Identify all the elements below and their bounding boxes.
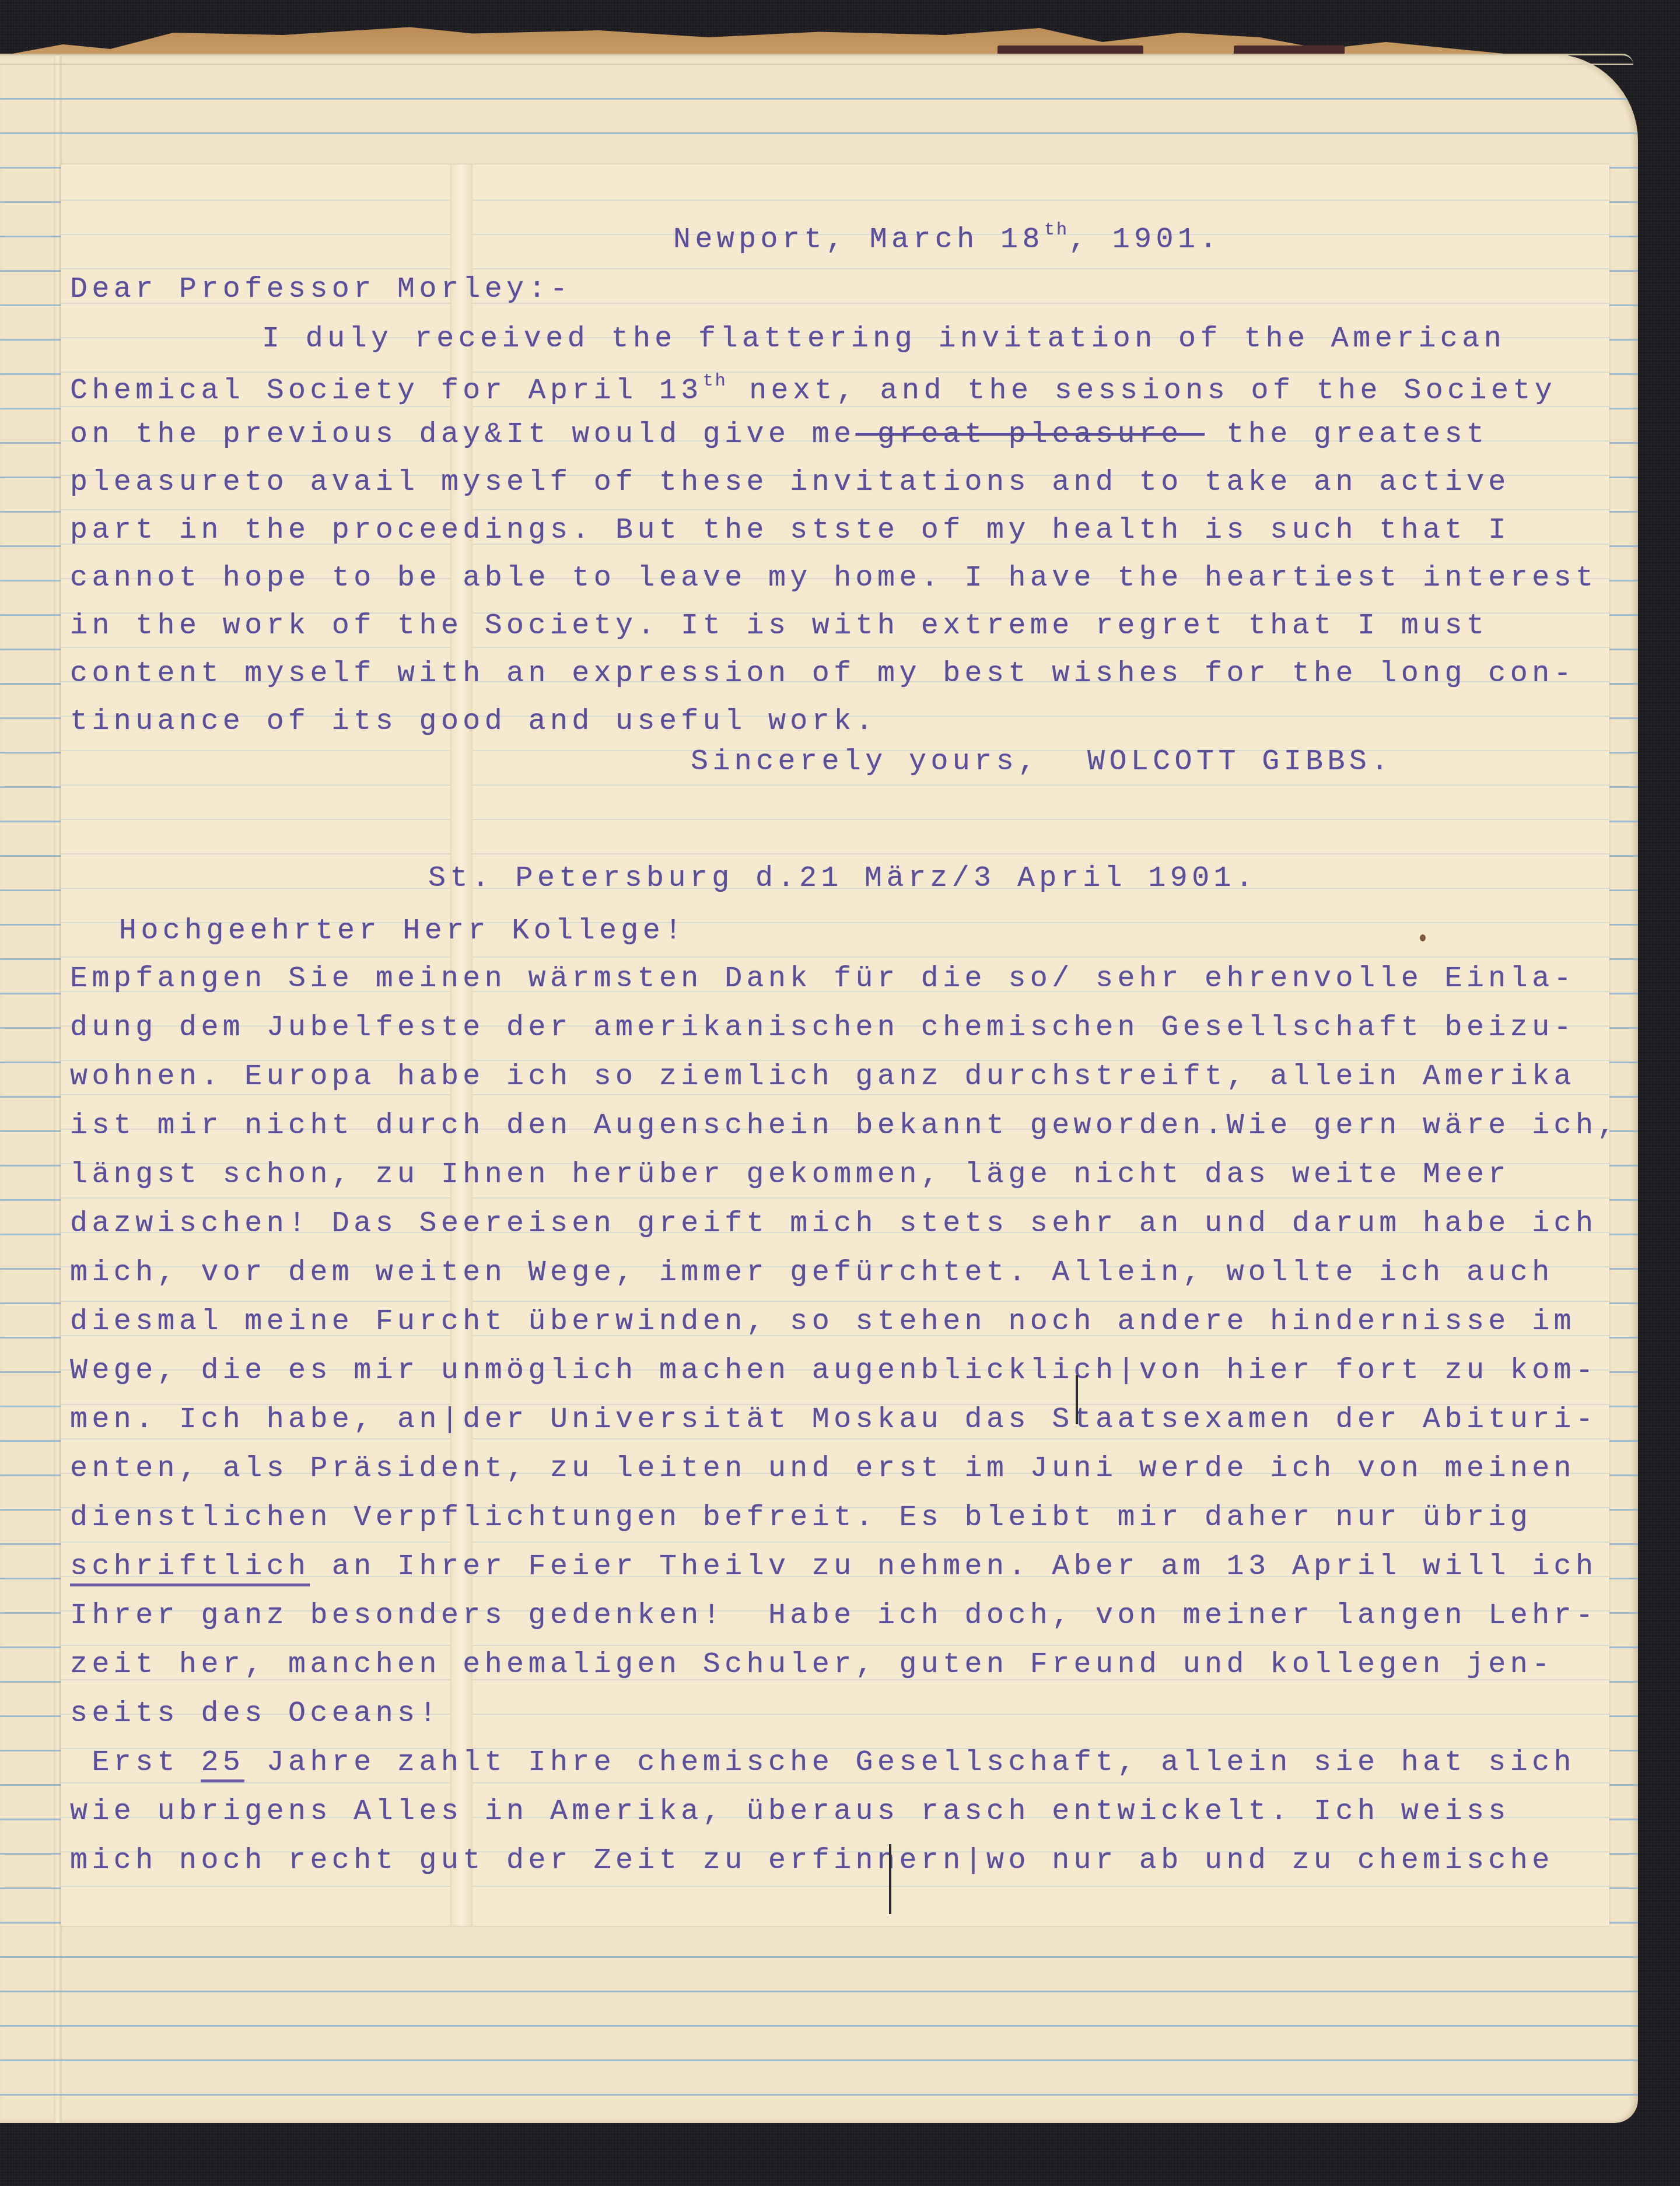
faint-ruled-line: [61, 199, 1609, 201]
text-segment: th: [703, 372, 727, 391]
text-segment: dazwischen! Das Seereisen greift mich st…: [70, 1207, 1597, 1241]
ruled-line: [0, 1991, 1638, 1992]
text-segment: dienstlichen Verpflichtungen befreit. Es…: [70, 1501, 1532, 1535]
text-segment: zeit her, manchen ehemaligen Schuler, gu…: [70, 1648, 1554, 1681]
ruled-line: [0, 98, 1638, 100]
text-segment: diesmal meine Furcht überwinden, so steh…: [70, 1305, 1576, 1339]
faint-ruled-line: [61, 1197, 1609, 1199]
ruled-line: [0, 2059, 1638, 2061]
text-line: Ihrer ganz besonders gedenken! Habe ich …: [70, 1602, 1597, 1631]
faint-ruled-line: [61, 1886, 1609, 1887]
text-segment: cannot hope to be able to leave my home.…: [70, 562, 1597, 595]
text-line: schriftlich an Ihrer Feier Theilv zu neh…: [70, 1553, 1597, 1582]
text-segment: I duly received the flattering invitatio…: [262, 323, 1506, 356]
text-segment: men. Ich habe, an|der Universität Moskau…: [70, 1403, 1597, 1437]
text-line: wie ubrigens Alles in Amerika, überaus r…: [70, 1798, 1510, 1827]
text-segment: an Ihrer Feier Theilv zu nehmen. Aber am…: [310, 1550, 1597, 1584]
text-segment: Empfangen Sie meinen wärmsten Dank für d…: [70, 962, 1576, 996]
text-segment: pleasureto avail myself of these invitat…: [70, 466, 1510, 499]
letter1-closing: Sincerely yours,: [691, 748, 1039, 777]
text-segment: seits des Oceans!: [70, 1697, 441, 1730]
text-segment: Chemical Society for April 13: [70, 374, 703, 408]
text-segment: in the work of the Society. It is with e…: [70, 609, 1488, 643]
letter1-dateline: Newport, March 18th, 1901.: [673, 222, 1221, 255]
text-line: I duly received the flattering invitatio…: [262, 325, 1506, 354]
page-stack-edges: [0, 54, 1633, 65]
ruled-line: [0, 2025, 1638, 2027]
text-line: zeit her, manchen ehemaligen Schuler, gu…: [70, 1651, 1554, 1680]
text-line: content myself with an expression of my …: [70, 660, 1576, 689]
text-line: enten, als Präsident, zu leiten und erst…: [70, 1455, 1576, 1484]
faint-ruled-line: [61, 1301, 1609, 1302]
ruled-line: [0, 1956, 1638, 1958]
ruled-line: [0, 132, 1638, 134]
text-segment: tinuance of its good and useful work.: [70, 705, 877, 738]
text-segment: enten, als Präsident, zu leiten und erst…: [70, 1452, 1576, 1486]
text-line: Chemical Society for April 13th next, an…: [70, 373, 1556, 406]
faint-ruled-line: [61, 784, 1609, 786]
text-line: on the previous day&It would give me-gre…: [70, 421, 1488, 450]
text-line: längst schon, zu Ihnen herüber gekommen,…: [70, 1161, 1510, 1190]
faint-ruled-line: [61, 268, 1609, 269]
ruled-line: [0, 2094, 1638, 2096]
text-line: cannot hope to be able to leave my home.…: [70, 564, 1597, 593]
text-line: tinuance of its good and useful work.: [70, 707, 877, 737]
text-line: dazwischen! Das Seereisen greift mich st…: [70, 1210, 1597, 1239]
text-line: seits des Oceans!: [70, 1700, 441, 1729]
text-line: diesmal meine Furcht überwinden, so steh…: [70, 1308, 1576, 1337]
text-line: part in the proceedings. But the stste o…: [70, 516, 1510, 545]
text-segment: längst schon, zu Ihnen herüber gekommen,…: [70, 1158, 1510, 1192]
text-segment: wohnen. Europa habe ich so ziemlich ganz…: [70, 1060, 1576, 1094]
text-line: mich, vor dem weiten Wege, immer gefürch…: [70, 1259, 1554, 1288]
text-segment: wie ubrigens Alles in Amerika, überaus r…: [70, 1795, 1510, 1828]
pasted-letter-sheet: Newport, March 18th, 1901. Dear Professo…: [61, 164, 1609, 1926]
faint-ruled-line: [61, 1542, 1609, 1543]
text-line: mich noch recht gut der Zeit zu erfinner…: [70, 1847, 1554, 1876]
ink-speck: [1420, 934, 1426, 941]
text-segment: part in the proceedings. But the stste o…: [70, 514, 1510, 547]
faint-ruled-line: [61, 1438, 1609, 1439]
text-segment: mich noch recht gut der Zeit zu erfinner…: [70, 1844, 1554, 1877]
faint-ruled-line: [61, 853, 1609, 854]
text-line: Empfangen Sie meinen wärmsten Dank für d…: [70, 965, 1576, 994]
faint-ruled-line: [61, 1094, 1609, 1095]
text-line: in the work of the Society. It is with e…: [70, 612, 1488, 641]
text-segment: ist mir nicht durch den Augenschein beka…: [70, 1109, 1619, 1143]
text-segment: 25: [201, 1746, 244, 1782]
text-segment: the greatest: [1205, 418, 1488, 451]
text-segment: Ihrer ganz besonders gedenken! Habe ich …: [70, 1599, 1597, 1633]
text-segment: schriftlich: [70, 1550, 310, 1586]
text-line: Wege, die es mir unmöglich machen augenb…: [70, 1357, 1597, 1386]
text-line: men. Ich habe, an|der Universität Moskau…: [70, 1406, 1597, 1435]
text-segment: mich, vor dem weiten Wege, immer gefürch…: [70, 1256, 1554, 1290]
faint-ruled-line: [61, 647, 1609, 648]
text-segment: on the previous day&It would give me: [70, 418, 856, 451]
text-segment: next, and the sessions of the Society: [727, 374, 1556, 408]
letter2-dateline: St. Petersburg d.21 März/3 April 1901.: [428, 864, 1257, 894]
text-segment: -great-pleasure-: [856, 418, 1205, 451]
text-line: pleasureto avail myself of these invitat…: [70, 468, 1510, 498]
faint-ruled-line: [61, 957, 1609, 958]
faint-ruled-line: [61, 509, 1609, 510]
text-segment: Jahre zahlt Ihre chemische Gesellschaft,…: [244, 1746, 1576, 1779]
letter1-signature: WOLCOTT GIBBS.: [1087, 748, 1393, 777]
faint-ruled-line: [61, 819, 1609, 820]
faint-ruled-line: [61, 1645, 1609, 1646]
text-segment: Wege, die es mir unmöglich machen augenb…: [70, 1354, 1597, 1388]
pencil-insertion-mark: [1076, 1375, 1078, 1424]
text-line: dung dem Jubelfeste der amerikanischen c…: [70, 1014, 1576, 1043]
notebook-page: Newport, March 18th, 1901. Dear Professo…: [0, 54, 1638, 2123]
pencil-insertion-mark: [889, 1844, 891, 1914]
faint-ruled-line: [61, 1782, 1609, 1784]
letter2-salutation: Hochgeehrter Herr Kollege!: [119, 917, 687, 946]
text-segment: dung dem Jubelfeste der amerikanischen c…: [70, 1011, 1576, 1045]
text-line: dienstlichen Verpflichtungen befreit. Es…: [70, 1504, 1532, 1533]
text-line: ist mir nicht durch den Augenschein beka…: [70, 1112, 1619, 1141]
letter1-salutation: Dear Professor Morley:-: [70, 275, 572, 304]
text-segment: Erst: [70, 1746, 201, 1779]
text-line: Erst 25 Jahre zahlt Ihre chemische Gesel…: [70, 1749, 1576, 1778]
text-segment: content myself with an expression of my …: [70, 657, 1576, 691]
text-line: wohnen. Europa habe ich so ziemlich ganz…: [70, 1063, 1576, 1092]
